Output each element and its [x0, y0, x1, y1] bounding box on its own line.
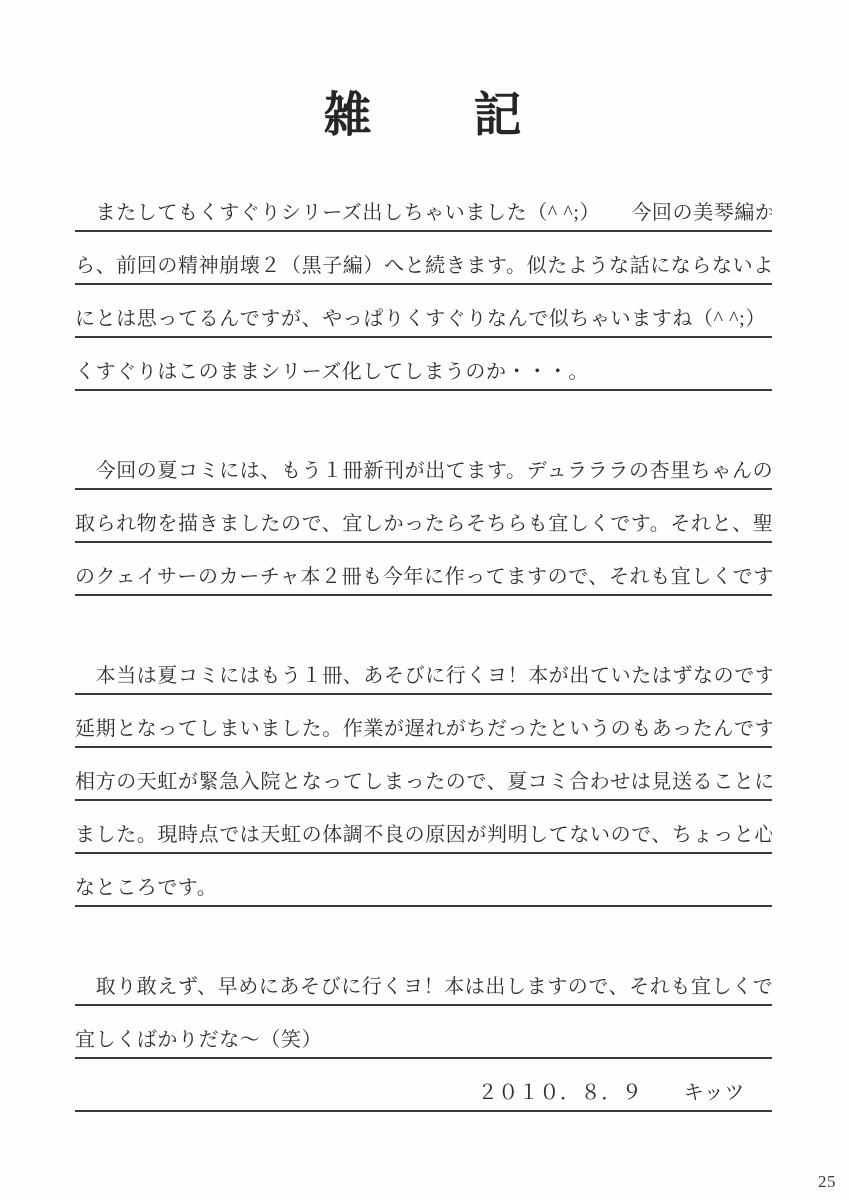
paragraph-3: 本当は夏コミにはもう１冊、あそびに行くヨ！本が出ていたはずなのですが、 延期とな…	[75, 642, 772, 907]
text-line: 宜しくばかりだな～（笑）	[75, 1006, 772, 1059]
paragraph-4: 取り敢えず、早めにあそびに行くヨ！本は出しますので、それも宜しくです。 宜しくば…	[75, 953, 772, 1112]
text-line: のクェイサーのカーチャ本２冊も今年に作ってますので、それも宜しくです。	[75, 543, 772, 596]
text-line: 取られ物を描きましたので、宜しかったらそちらも宜しくです。それと、聖痕	[75, 490, 772, 543]
text-line: 取り敢えず、早めにあそびに行くヨ！本は出しますので、それも宜しくです。	[75, 953, 772, 1006]
text-line: 延期となってしまいました。作業が遅れがちだったというのもあったんですが、	[75, 695, 772, 748]
text-line: ました。現時点では天虹の体調不良の原因が判明してないので、ちょっと心配	[75, 801, 772, 854]
paragraph-2: 今回の夏コミには、もう１冊新刊が出てます。デュラララの杏里ちゃんの寝 取られ物を…	[75, 437, 772, 596]
text-line: ら、前回の精神崩壊２（黒子編）へと続きます。似たような話にならないよう	[75, 232, 772, 285]
text-line: 本当は夏コミにはもう１冊、あそびに行くヨ！本が出ていたはずなのですが、	[75, 642, 772, 695]
text-line: にとは思ってるんですが、やっぱりくすぐりなんで似ちゃいますね（^ ^;）	[75, 285, 772, 338]
text-line: 今回の夏コミには、もう１冊新刊が出てます。デュラララの杏里ちゃんの寝	[75, 437, 772, 490]
paragraph-1: またしてもくすぐりシリーズ出しちゃいました（^ ^;） 今回の美琴編か ら、前回…	[75, 179, 772, 391]
text-line: またしてもくすぐりシリーズ出しちゃいました（^ ^;） 今回の美琴編か	[75, 179, 772, 232]
text-line: なところです。	[75, 854, 772, 907]
date-signature-line: ２０１０．８．９ キッツ	[75, 1059, 772, 1112]
text-line: 相方の天虹が緊急入院となってしまったので、夏コミ合わせは見送ることにし	[75, 748, 772, 801]
text-line: くすぐりはこのままシリーズ化してしまうのか・・・。	[75, 338, 772, 391]
page-title: 雑 記	[75, 85, 772, 147]
document-body: またしてもくすぐりシリーズ出しちゃいました（^ ^;） 今回の美琴編か ら、前回…	[75, 179, 772, 1112]
document-page: 雑 記 またしてもくすぐりシリーズ出しちゃいました（^ ^;） 今回の美琴編か …	[0, 0, 849, 1200]
page-number: 25	[818, 1172, 836, 1192]
